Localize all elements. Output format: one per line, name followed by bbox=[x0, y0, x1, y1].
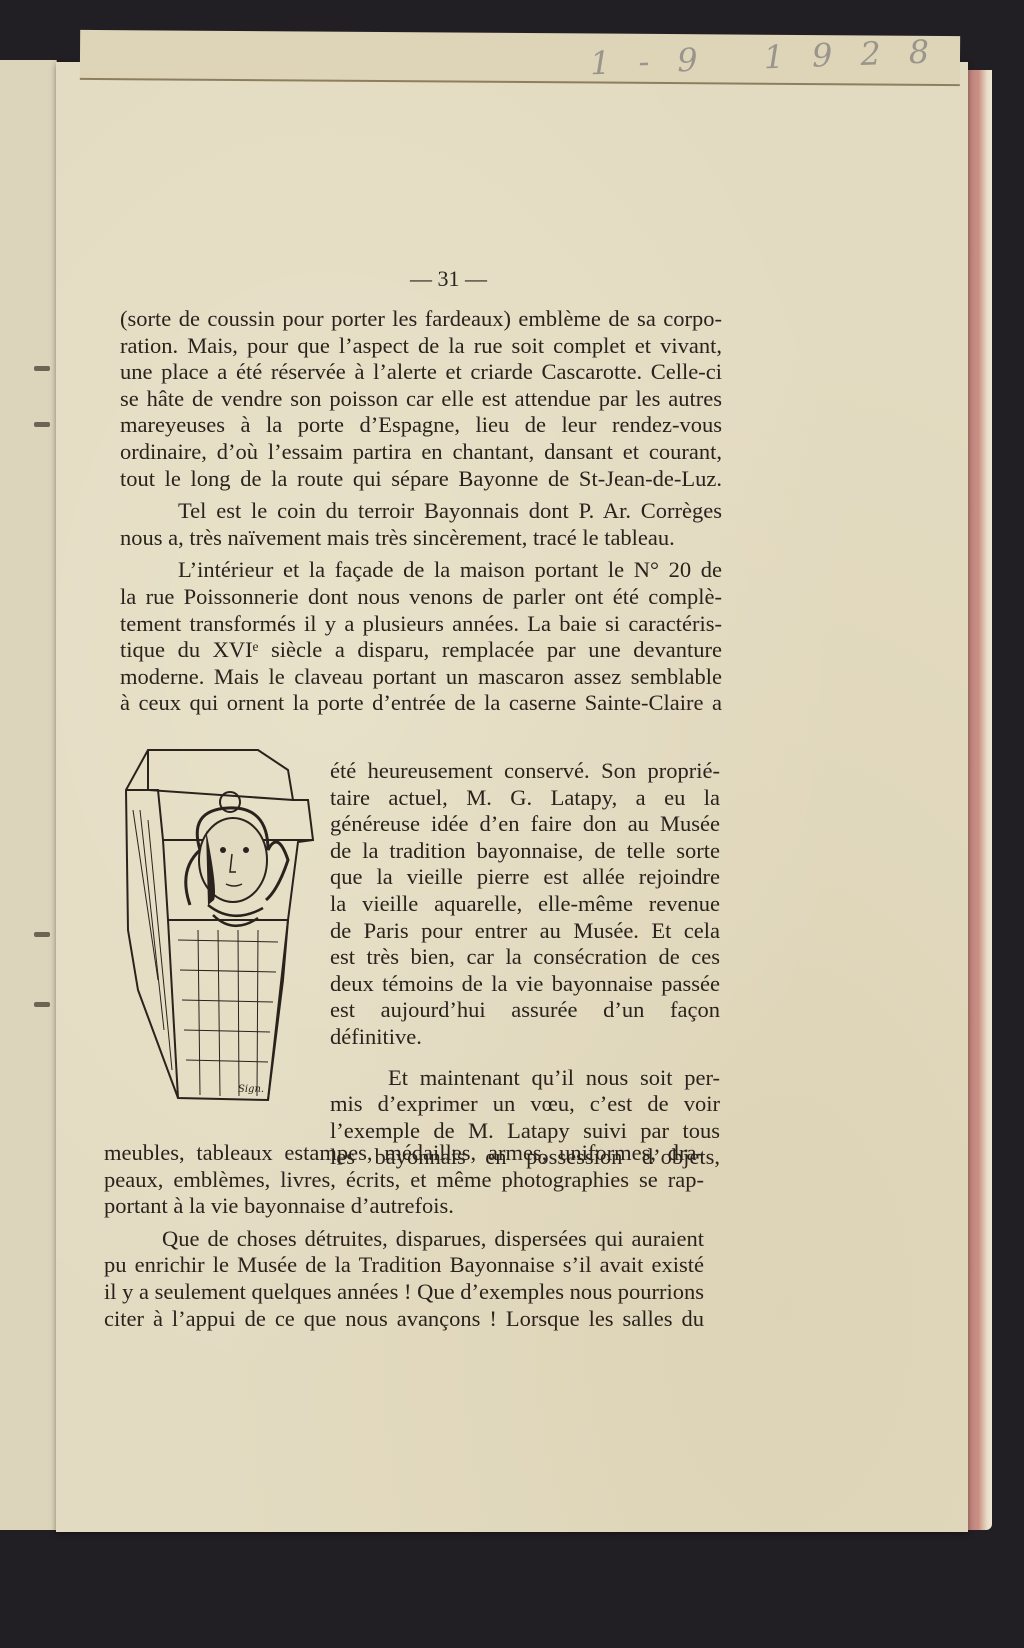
text-line: se hâte de vendre son poisson car elle e… bbox=[120, 386, 722, 413]
binding-stitch bbox=[34, 932, 50, 937]
text-line: été heureusement conservé. Son proprié- bbox=[330, 758, 720, 785]
text-line: Et maintenant qu’il nous soit per- bbox=[330, 1065, 720, 1092]
left-page-edge bbox=[0, 60, 57, 1530]
text-line: la vieille aquarelle, elle-même revenue bbox=[330, 891, 720, 918]
text-line: nous a, très naïvement mais très sincère… bbox=[120, 525, 722, 552]
text-line: de Paris pour entrer au Musée. Et cela bbox=[330, 918, 720, 945]
artist-signature: Sign. bbox=[238, 1084, 264, 1095]
mascaron-illustration: Sign. bbox=[118, 730, 328, 1110]
text-line: généreuse idée d’en faire don au Musée bbox=[330, 811, 720, 838]
text-line: meubles, tableaux estampes, médailles, a… bbox=[104, 1140, 704, 1167]
text-line: que la vieille pierre est allée rejoindr… bbox=[330, 864, 720, 891]
text-line: portant à la vie bayonnaise d’autrefois. bbox=[104, 1193, 704, 1220]
binding-stitch bbox=[34, 422, 50, 427]
text-line: de la tradition bayonnaise, de telle sor… bbox=[330, 838, 720, 865]
text-line: mareyeuses à la porte d’Espagne, lieu de… bbox=[120, 412, 722, 439]
paragraph-wrap-illustration: été heureusement conservé. Son proprié- … bbox=[330, 758, 720, 1171]
text-line: peaux, emblèmes, livres, écrits, et même… bbox=[104, 1167, 704, 1194]
text-line: deux témoins de la vie bayonnaise passée bbox=[330, 971, 720, 998]
text-line: tement transformés il y a plusieurs anné… bbox=[120, 611, 722, 638]
text-line: mis d’exprimer un vœu, c’est de voir bbox=[330, 1091, 720, 1118]
text-line: Tel est le coin du terroir Bayonnais don… bbox=[120, 498, 722, 525]
text-line: définitive. bbox=[330, 1024, 720, 1051]
text-line: pu enrichir le Musée de la Tradition Bay… bbox=[104, 1252, 704, 1279]
text-line: la rue Poissonnerie dont nous venons de … bbox=[120, 584, 722, 611]
text-line: tout le long de la route qui sépare Bayo… bbox=[120, 466, 722, 493]
text-line: moderne. Mais le claveau portant un masc… bbox=[120, 664, 722, 691]
mascaron-drawing-icon: Sign. bbox=[118, 730, 328, 1110]
text-line: ordinaire, d’où l’essaim partira en chan… bbox=[120, 439, 722, 466]
text-line: citer à l’appui de ce que nous avançons … bbox=[104, 1306, 704, 1333]
text-line: est aujourd’hui assurée d’un façon bbox=[330, 997, 720, 1024]
text-line: est très bien, car la consécration de ce… bbox=[330, 944, 720, 971]
text-line: à ceux qui ornent la porte d’entrée de l… bbox=[120, 690, 722, 717]
binding-stitch bbox=[34, 1002, 50, 1007]
binding-stitch bbox=[34, 366, 50, 371]
text-line: tique du XVIᵉ siècle a disparu, remplacé… bbox=[120, 637, 722, 664]
paragraph-group-top: (sorte de coussin pour porter les fardea… bbox=[120, 306, 722, 717]
text-line: taire actuel, M. G. Latapy, a eu la bbox=[330, 785, 720, 812]
page-number: — 31 — bbox=[410, 266, 487, 292]
text-line: une place a été réservée à l’alerte et c… bbox=[120, 359, 722, 386]
text-line: (sorte de coussin pour porter les fardea… bbox=[120, 306, 722, 333]
text-line: ration. Mais, pour que l’aspect de la ru… bbox=[120, 333, 722, 360]
paragraph-group-bottom: meubles, tableaux estampes, médailles, a… bbox=[104, 1140, 704, 1332]
text-line: L’intérieur et la façade de la maison po… bbox=[120, 557, 722, 584]
text-line: il y a seulement quelques années ! Que d… bbox=[104, 1279, 704, 1306]
text-line: Que de choses détruites, disparues, disp… bbox=[104, 1226, 704, 1253]
